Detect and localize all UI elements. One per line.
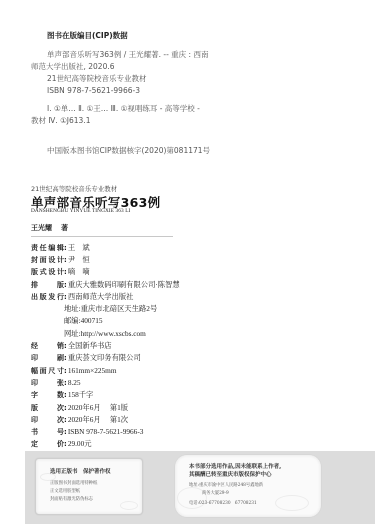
colophon-row-sheets: 印 张:8.25 [31,378,81,388]
colophon-row-printing: 印 次:2020年6月 第1次 [31,415,128,425]
row-value: 158千字 [68,390,94,399]
series-name: 21世纪高等院校音乐专业教材 [31,184,117,193]
notice-band: 选用正版书 保护著作权 正版图书封面选用特种纸 正文选用胶型纸 封面贴有激光防伪… [25,451,375,524]
anti-piracy-notice: 选用正版书 保护著作权 正版图书封面选用特种纸 正文选用胶型纸 封面贴有激光防伪… [35,458,143,515]
book-title-pinyin: DANSHENGBU YINYUE TINGXIE 363 LI [31,208,130,214]
row-value: ISBN 978-7-5621-9966-3 [68,427,144,436]
colophon-row-distributor: 经 销:全国新华书店 [31,341,112,351]
row-label: 定 价 [31,440,64,449]
row-label: 版 次 [31,404,64,413]
row-value: 尹 恒 [68,255,90,264]
row-label: 字 数 [31,391,64,400]
cip-record-number: 中国版本图书馆CIP数据核字(2020)第081171号 [47,145,210,156]
colophon-row-isbn: 书 号:ISBN 978-7-5621-9966-3 [31,427,143,437]
colophon-row-editor: 责任编辑:王 斌 [31,243,90,253]
divider [31,236,173,237]
row-value: 嘀 嘀 [68,267,90,276]
row-value: 2020年6月 第1次 [68,415,128,424]
notice-line: 电话:023-67708230 67708231 [189,500,257,508]
colophon-row-layout-design: 版式设计:嘀 嘀 [31,267,90,277]
row-label: 印 刷 [31,354,64,363]
publisher-postcode: 邮编:400715 [64,316,103,325]
publisher-address: 地址:重庆市北碚区天生路2号 [64,304,157,313]
colophon-row-format: 幅面尺寸:161mm×225mm [31,366,117,376]
row-value: 2020年6月 第1版 [68,403,128,412]
row-value: 161mm×225mm [68,366,117,375]
notice-title: 其稿酬已转至重庆市版权保护中心 [189,470,272,478]
row-value: 全国新华书店 [68,341,112,350]
cip-line: 单声部音乐听写363例 / 王光耀著. -- 重庆 : 西南 [47,50,208,60]
row-value: 重庆荟文印务有限公司 [68,353,141,362]
notice-line: 正版图书封面选用特种纸 [50,480,97,488]
cip-line: ISBN 978-7-5621-9966-3 [47,86,140,96]
row-value: 8.25 [68,378,81,387]
colophon-row-cover-design: 封面设计:尹 恒 [31,255,90,265]
decoration [275,495,309,511]
colophon-row-word-count: 字 数:158千字 [31,390,93,400]
notice-line: 封面贴有激光防伪标志 [50,496,93,504]
copyright-notice: 本书部分选用作品,因未能联系上作者, 其稿酬已转至重庆市版权保护中心 地址:重庆… [175,455,321,517]
row-label: 排 版 [31,281,64,290]
cip-line: 21世纪高等院校音乐专业教材 [47,74,147,84]
notice-line: 商务大厦29-9 [189,490,229,498]
row-label: 版式设计 [31,268,64,277]
colophon-row-publisher: 出版发行:西南师范大学出版社 [31,292,133,302]
row-label: 出版发行 [31,293,64,302]
cip-line: Ⅰ. ①单… Ⅱ. ①王… Ⅲ. ①视唱练耳 - 高等学校 - [47,104,200,114]
row-value: 29.00元 [68,439,92,448]
notice-line: 地址:重庆市渝中区人民路248号鑫地新 [189,482,263,490]
author-role: 著 [61,224,68,232]
row-label: 责任编辑 [31,244,64,253]
row-value: 王 斌 [68,243,90,252]
row-label: 印 张 [31,379,64,388]
cip-line: 师范大学出版社, 2020.6 [31,62,115,72]
notice-title: 本书部分选用作品,因未能联系上作者, [189,462,281,470]
row-label: 印 次 [31,416,64,425]
author-name: 王光耀 [31,224,52,232]
cip-title: 图书在版编目(CIP)数据 [47,30,128,41]
decoration [120,501,138,510]
notice-title: 选用正版书 保护著作权 [50,467,111,475]
cip-line: 教材 Ⅳ. ①J613.1 [31,116,90,126]
colophon-row-edition: 版 次:2020年6月 第1版 [31,403,128,413]
colophon-row-printer: 印 刷:重庆荟文印务有限公司 [31,353,141,363]
notice-line: 正文选用胶型纸 [50,488,80,496]
colophon-row-typesetting: 排 版:重庆大雅数码印刷有限公司·陈智慧 [31,280,180,290]
row-label: 经 销 [31,342,64,351]
row-value: 重庆大雅数码印刷有限公司·陈智慧 [68,280,180,289]
colophon-row-price: 定 价:29.00元 [31,439,92,449]
row-label: 幅面尺寸 [31,367,64,376]
row-label: 书 号 [31,428,64,437]
row-label: 封面设计 [31,256,64,265]
author-line: 王光耀著 [31,223,68,233]
row-value: 西南师范大学出版社 [68,292,134,301]
publisher-website: 网址:http://www.xscbs.com [64,329,146,338]
